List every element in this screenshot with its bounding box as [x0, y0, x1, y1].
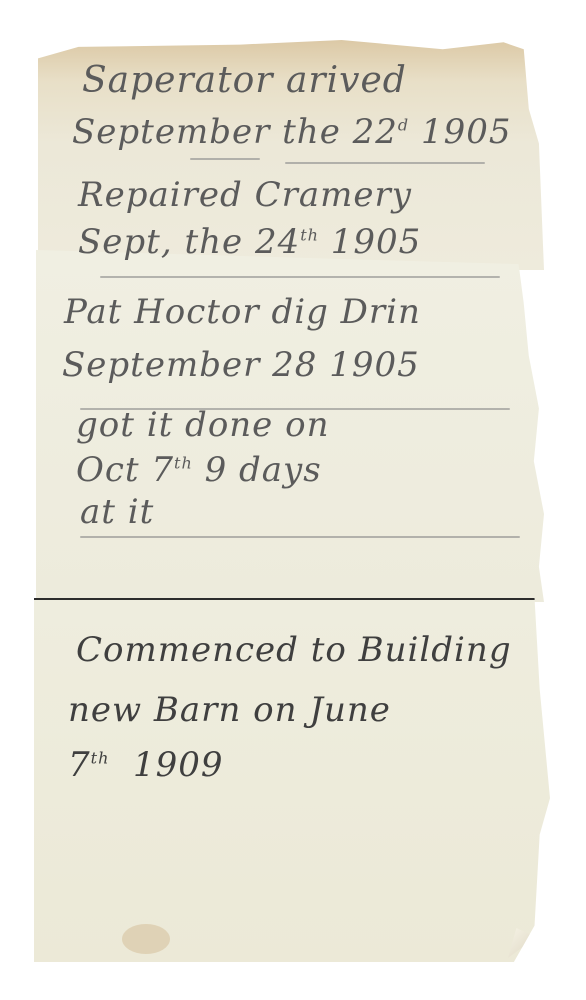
entry-4-line-2: new Barn on June — [68, 690, 391, 730]
underline — [285, 162, 485, 164]
entry-2-year: 1905 — [331, 222, 422, 262]
paper-stain — [122, 924, 170, 954]
entry-3-line-2: September 28 1905 — [62, 345, 420, 385]
underline — [190, 158, 260, 160]
entry-2-date: Sept, the 24 — [78, 222, 300, 262]
entry-2-line-1: Repaired Cramery — [78, 175, 412, 215]
entry-1-date-suffix: d — [398, 116, 409, 135]
entry-3-date-suffix: th — [174, 454, 193, 473]
entry-3-line-4: Oct 7th 9 days — [76, 450, 322, 490]
entry-2-date-suffix: th — [300, 226, 319, 245]
entry-4-date: 7 — [68, 745, 91, 785]
entry-1-date: September the 22 — [72, 112, 398, 152]
entry-1-line-2: September the 22d 1905 — [72, 112, 512, 152]
entry-2-line-2: Sept, the 24th 1905 — [78, 222, 421, 262]
entry-3-line-5: at it — [80, 492, 154, 532]
entry-3-line-3: got it done on — [76, 405, 329, 445]
divider-line — [80, 536, 520, 538]
folded-corner — [508, 928, 536, 958]
entry-3-duration: 9 days — [205, 450, 322, 490]
entry-3-line-1: Pat Hoctor dig Drin — [64, 292, 421, 332]
entry-4-line-1: Commenced to Building — [76, 630, 512, 670]
entry-3-date: Oct 7 — [76, 450, 174, 490]
entry-4-date-suffix: th — [91, 749, 110, 768]
entry-4-year: 1909 — [133, 745, 224, 785]
entry-1-line-1: Saperator arived — [82, 60, 407, 101]
entry-4-line-3: 7th 1909 — [68, 745, 224, 785]
divider-line — [100, 276, 500, 278]
entry-1-year: 1905 — [421, 112, 512, 152]
